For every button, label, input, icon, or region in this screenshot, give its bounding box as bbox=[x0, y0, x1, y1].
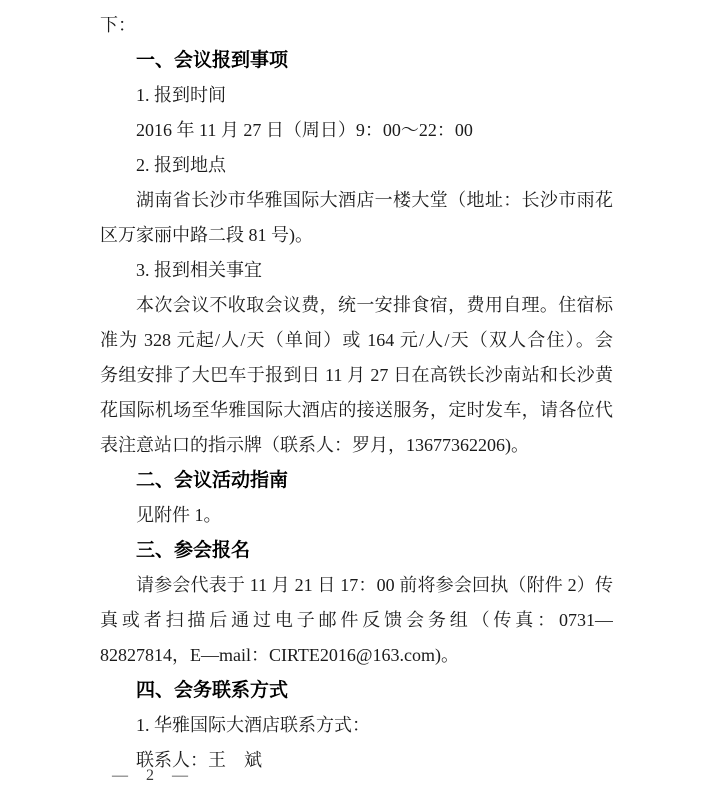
text-line: 真或者扫描后通过电子邮件反馈会务组（传真：0731— bbox=[100, 603, 613, 638]
text-line: 区万家丽中路二段 81 号)。 bbox=[100, 218, 613, 253]
section-heading: 四、会务联系方式 bbox=[100, 673, 613, 708]
text-line: 2. 报到地点 bbox=[100, 148, 613, 183]
text-line: 请参会代表于 11 月 21 日 17：00 前将参会回执（附件 2）传 bbox=[100, 568, 613, 603]
text-line: 82827814，E—mail：CIRTE2016@163.com)。 bbox=[100, 638, 613, 673]
section-heading: 二、会议活动指南 bbox=[100, 463, 613, 498]
text-line: 花国际机场至华雅国际大酒店的接送服务，定时发车，请各位代 bbox=[100, 393, 613, 428]
text-line: 准为 328 元起/人/天（单间）或 164 元/人/天（双人合住）。会 bbox=[100, 323, 613, 358]
section-heading: 三、参会报名 bbox=[100, 533, 613, 568]
text-line: 本次会议不收取会议费，统一安排食宿，费用自理。住宿标 bbox=[100, 288, 613, 323]
text-line: 1. 报到时间 bbox=[100, 78, 613, 113]
text-line: 3. 报到相关事宜 bbox=[100, 253, 613, 288]
text-line: 见附件 1。 bbox=[100, 498, 613, 533]
text-line: 湖南省长沙市华雅国际大酒店一楼大堂（地址：长沙市雨花 bbox=[100, 183, 613, 218]
page-number: — 2 — bbox=[112, 767, 195, 785]
document-page: 下：一、会议报到事项1. 报到时间2016 年 11 月 27 日（周日）9：0… bbox=[0, 0, 710, 805]
text-line: 1. 华雅国际大酒店联系方式： bbox=[100, 708, 613, 743]
text-line: 下： bbox=[100, 8, 613, 43]
document-body: 下：一、会议报到事项1. 报到时间2016 年 11 月 27 日（周日）9：0… bbox=[100, 8, 613, 778]
text-line: 2016 年 11 月 27 日（周日）9：00～22：00 bbox=[100, 113, 613, 148]
text-line: 务组安排了大巴车于报到日 11 月 27 日在高铁长沙南站和长沙黄 bbox=[100, 358, 613, 393]
section-heading: 一、会议报到事项 bbox=[100, 43, 613, 78]
text-line: 表注意站口的指示牌（联系人：罗月，13677362206)。 bbox=[100, 428, 613, 463]
